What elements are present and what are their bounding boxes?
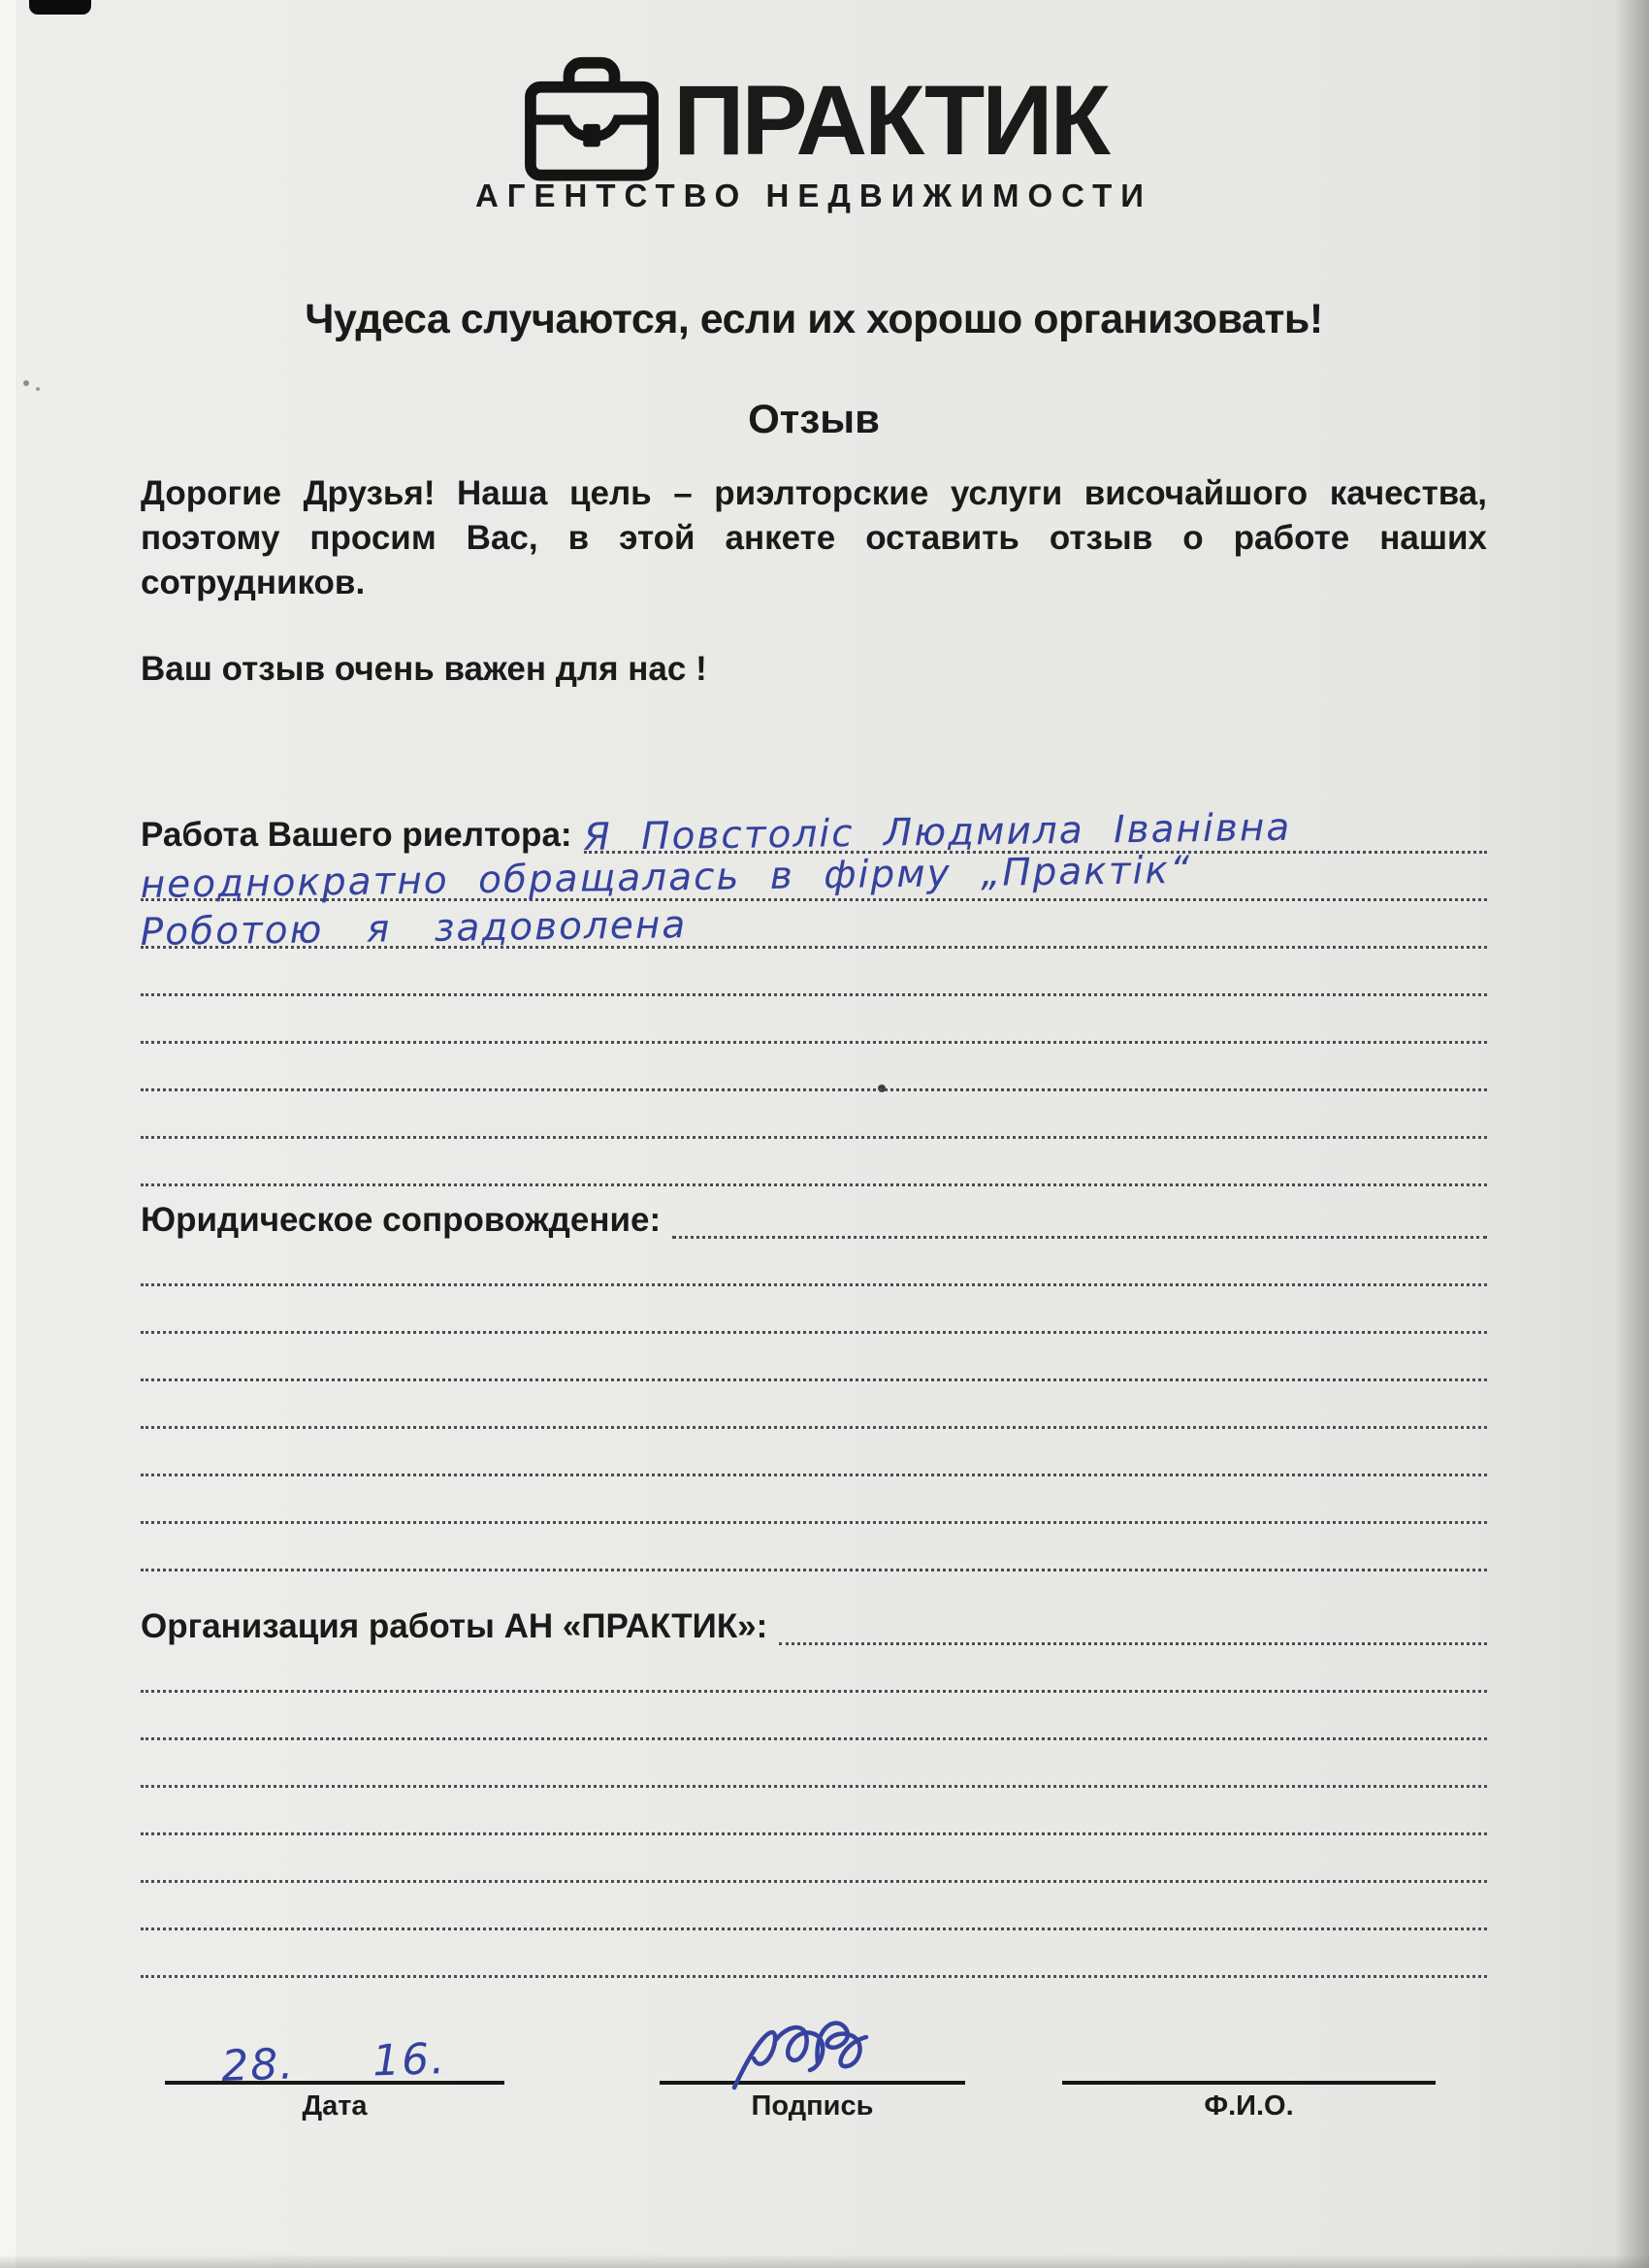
signature-label: Подпись [752,2090,874,2122]
dotted-writing-line [141,1429,1487,1476]
dotted-writing-line [779,1594,1487,1645]
dotted-writing-line: Роботою я задоволена [141,901,1487,949]
dotted-writing-line [141,1835,1487,1883]
briefcase-icon [520,54,663,187]
agency-logo: ПРАКТИК АГЕНТСТВО НЕДВИЖИМОСТИ [141,54,1487,214]
scan-edge-right [1614,0,1649,2268]
dotted-writing-line [141,1381,1487,1429]
dotted-writing-line [141,1883,1487,1930]
signature-column: Подпись [660,2025,965,2122]
dotted-writing-line [141,1740,1487,1788]
dotted-writing-line [141,1524,1487,1571]
handwritten-answer-line-3: Роботою я задоволена [140,906,687,952]
dotted-writing-line [672,1187,1487,1239]
dotted-writing-line [141,1139,1487,1186]
dotted-writing-line [141,1930,1487,1978]
dotted-writing-line: Я Повстоліс Людмила Іванівна [584,802,1487,854]
dotted-writing-line [141,1645,1487,1693]
dotted-writing-line [141,996,1487,1044]
importance-note: Ваш отзыв очень важен для нас ! [141,650,1487,689]
intro-paragraph: Дорогие Друзья! Наша цель – риэлторские … [141,471,1487,605]
dotted-writing-line [141,949,1487,996]
fio-label: Ф.И.О. [1204,2090,1293,2122]
signature-block: 28. 16. Дата Подпись Ф.И.О. [141,2025,1487,2122]
brand-name: ПРАКТИК [673,66,1108,175]
dotted-writing-line [141,1286,1487,1334]
form-title: Отзыв [141,396,1487,442]
field-realtor-work-label: Работа Вашего риелтора: [141,817,584,855]
dotted-writing-line [141,1693,1487,1740]
field-legal-support: Юридическое сопровождение: [141,1190,1487,1571]
dotted-writing-line [141,1239,1487,1286]
scan-artifact-dots [23,380,29,386]
scanned-feedback-form: { "colors": { "paper": "#e9e9e6", "ink":… [0,0,1649,2268]
field-organization-label: Организация работы АН «ПРАКТИК»: [141,1608,779,1646]
scan-artifact-blob [29,0,91,15]
fio-column: Ф.И.О. [1062,2025,1436,2122]
dotted-writing-line [141,1334,1487,1381]
slogan-headline: Чудеса случаются, если их хорошо организ… [141,296,1487,343]
handwritten-answer-line-2: неоднократно обращалась в фірму „Практік… [140,852,1191,904]
dotted-writing-line [141,1091,1487,1139]
date-column: 28. 16. Дата [165,2025,504,2122]
fio-line [1062,2025,1436,2085]
dotted-writing-line [141,1044,1487,1091]
scan-edge-left [0,0,16,2268]
signature-scribble [721,2008,905,2102]
date-label: Дата [302,2090,367,2122]
field-realtor-work: Работа Вашего риелтора: Я Повстоліс Людм… [141,805,1487,1186]
field-legal-support-label: Юридическое сопровождение: [141,1202,672,1240]
page-content: ПРАКТИК АГЕНТСТВО НЕДВИЖИМОСТИ Чудеса сл… [141,0,1487,2122]
field-organization: Организация работы АН «ПРАКТИК»: [141,1597,1487,1978]
date-line: 28. 16. [165,2025,504,2085]
signature-line [660,2025,965,2085]
scan-edge-bottom [0,2254,1649,2268]
handwritten-date: 28. 16. [220,2038,446,2089]
brand-subtitle: АГЕНТСТВО НЕДВИЖИМОСТИ [475,178,1152,214]
dotted-writing-line [141,1788,1487,1835]
dotted-writing-line: неоднократно обращалась в фірму „Практік… [141,854,1487,901]
dotted-writing-line [141,1476,1487,1524]
